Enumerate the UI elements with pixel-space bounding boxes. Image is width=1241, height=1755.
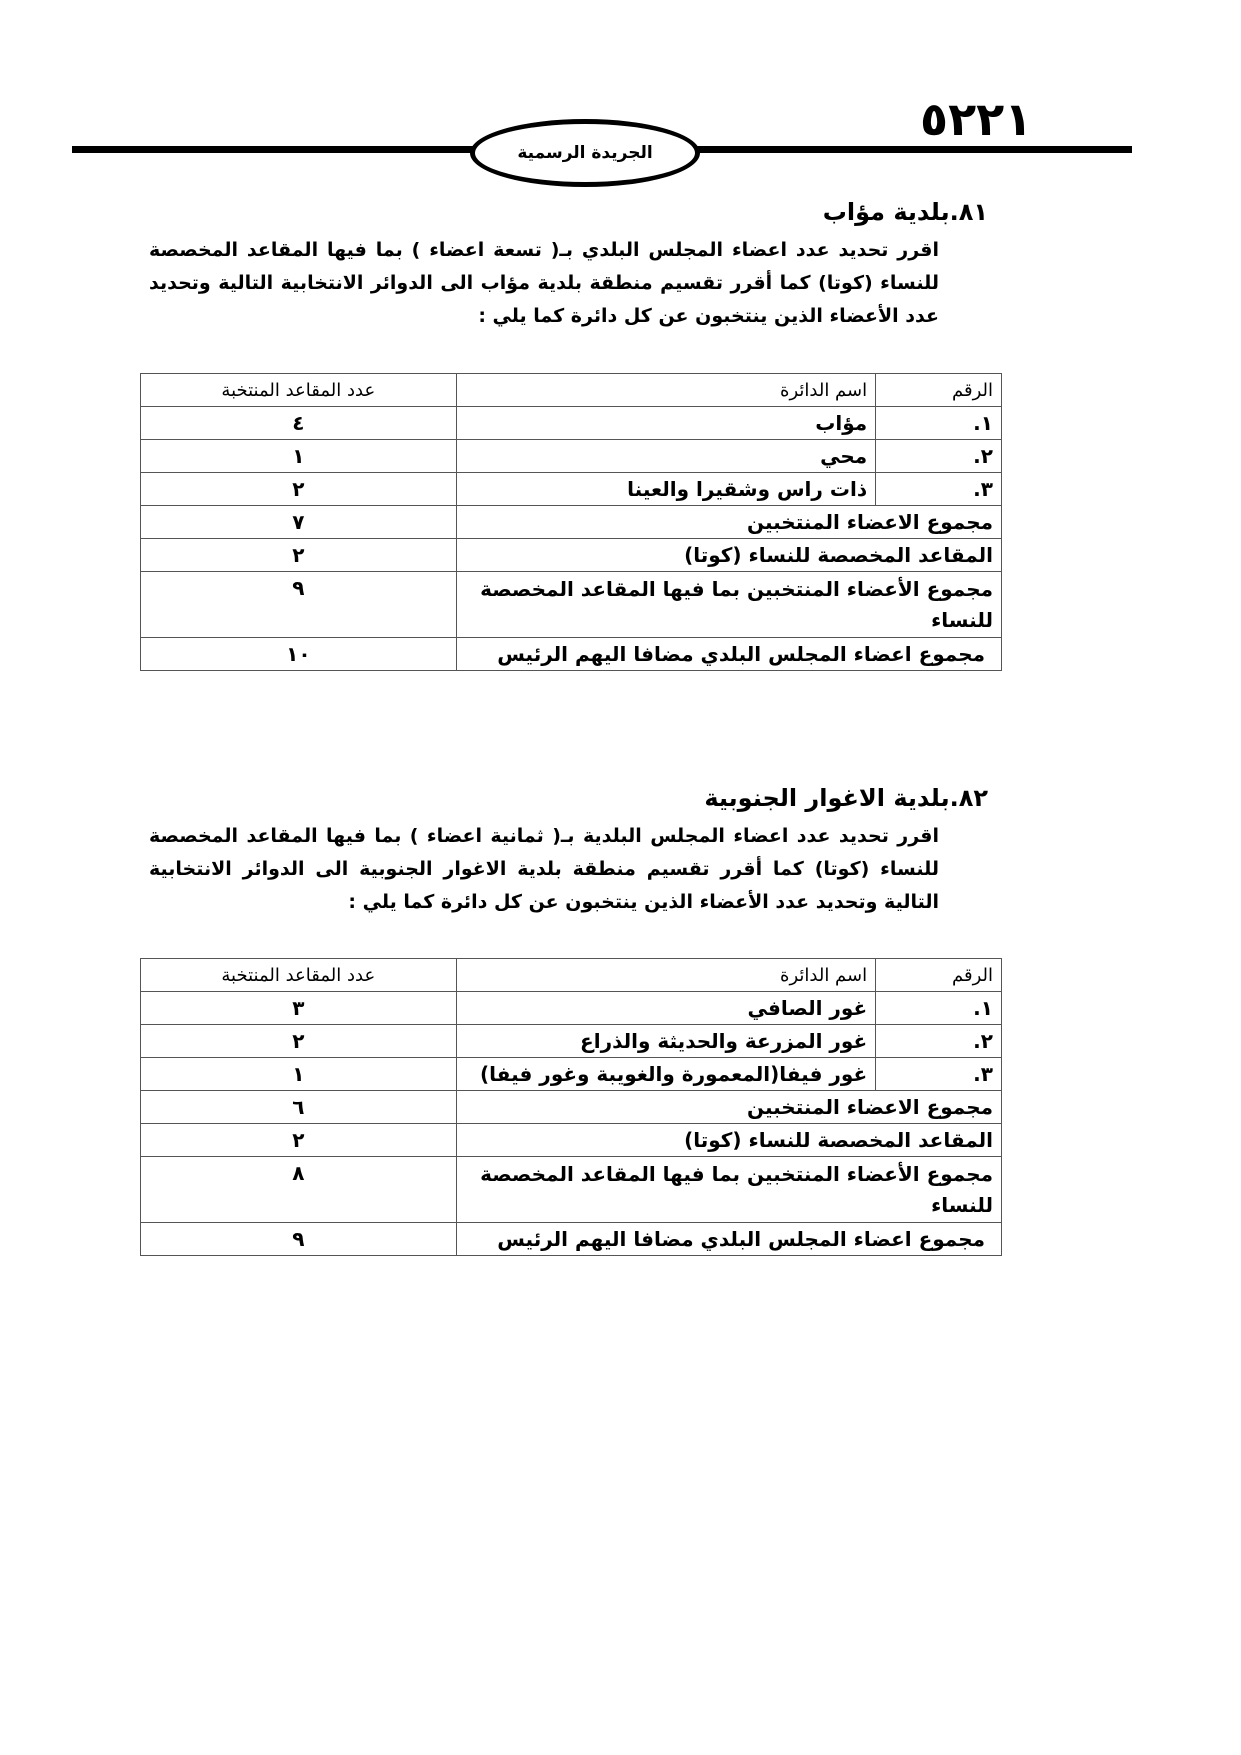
summary-label: المقاعد المخصصة للنساء (كوتا): [456, 539, 1001, 572]
summary-label: مجموع اعضاء المجلس البلدي مضافا اليهم ال…: [456, 638, 1001, 671]
summary-value: ٨: [141, 1157, 457, 1223]
header-district: اسم الدائرة: [456, 374, 875, 407]
publication-title: الجريدة الرسمية: [517, 143, 652, 163]
page-number: ٥٢٢١: [920, 92, 1040, 146]
summary-row: مجموع الأعضاء المنتخبين بما فيها المقاعد…: [141, 572, 1002, 638]
summary-value: ٦: [141, 1091, 457, 1124]
section-title: ٨٢.بلدية الاغوار الجنوبية: [704, 784, 988, 812]
row-district: غور المزرعة والحديثة والذراع: [456, 1025, 876, 1058]
summary-label: المقاعد المخصصة للنساء (كوتا): [456, 1124, 1001, 1157]
summary-label: مجموع الاعضاء المنتخبين: [456, 1091, 1001, 1124]
districts-table-81: الرقم اسم الدائرة عدد المقاعد المنتخبة ١…: [140, 373, 1002, 671]
summary-row: المقاعد المخصصة للنساء (كوتا) ٢: [141, 1124, 1002, 1157]
table-header-row: الرقم اسم الدائرة عدد المقاعد المنتخبة: [141, 374, 1002, 407]
summary-label: مجموع الأعضاء المنتخبين بما فيها المقاعد…: [456, 1157, 1001, 1223]
row-seats: ٣: [141, 992, 457, 1025]
header-number: الرقم: [876, 959, 1002, 992]
row-number: ٣.: [876, 1058, 1002, 1091]
summary-row: مجموع اعضاء المجلس البلدي مضافا اليهم ال…: [141, 1223, 1002, 1256]
header-seats: عدد المقاعد المنتخبة: [141, 959, 457, 992]
row-seats: ٢: [141, 473, 457, 506]
row-seats: ٢: [141, 1025, 457, 1058]
row-seats: ٤: [141, 407, 457, 440]
table-row: ١. غور الصافي ٣: [141, 992, 1002, 1025]
section-title: ٨١.بلدية مؤاب: [823, 198, 988, 226]
row-district: غور فيفا(المعمورة والغويبة وغور فيفا): [456, 1058, 876, 1091]
summary-label: مجموع الاعضاء المنتخبين: [456, 506, 1001, 539]
table-row: ٣. ذات راس وشقيرا والعينا ٢: [141, 473, 1002, 506]
header-number: الرقم: [876, 374, 1002, 407]
row-number: ٣.: [876, 473, 1002, 506]
row-number: ٢.: [876, 1025, 1002, 1058]
table-row: ٣. غور فيفا(المعمورة والغويبة وغور فيفا)…: [141, 1058, 1002, 1091]
section-body: اقرر تحديد عدد اعضاء المجلس البلدي بـ( ت…: [149, 234, 939, 333]
header-seats: عدد المقاعد المنتخبة: [141, 374, 457, 407]
row-seats: ١: [141, 440, 457, 473]
summary-value: ٩: [141, 572, 457, 638]
summary-value: ١٠: [141, 638, 457, 671]
summary-value: ٢: [141, 539, 457, 572]
row-district: محي: [456, 440, 875, 473]
summary-value: ٢: [141, 1124, 457, 1157]
table-header-row: الرقم اسم الدائرة عدد المقاعد المنتخبة: [141, 959, 1002, 992]
section-body: اقرر تحديد عدد اعضاء المجلس البلدية بـ( …: [149, 820, 939, 919]
summary-row: مجموع الأعضاء المنتخبين بما فيها المقاعد…: [141, 1157, 1002, 1223]
summary-row: مجموع اعضاء المجلس البلدي مضافا اليهم ال…: [141, 638, 1002, 671]
row-district: مؤاب: [456, 407, 875, 440]
summary-row: مجموع الاعضاء المنتخبين ٦: [141, 1091, 1002, 1124]
row-number: ١.: [876, 407, 1002, 440]
table-row: ١. مؤاب ٤: [141, 407, 1002, 440]
summary-label: مجموع الأعضاء المنتخبين بما فيها المقاعد…: [456, 572, 1001, 638]
row-district: غور الصافي: [456, 992, 876, 1025]
summary-row: المقاعد المخصصة للنساء (كوتا) ٢: [141, 539, 1002, 572]
header-district: اسم الدائرة: [456, 959, 876, 992]
row-seats: ١: [141, 1058, 457, 1091]
summary-value: ٩: [141, 1223, 457, 1256]
row-number: ٢.: [876, 440, 1002, 473]
table-row: ٢. محي ١: [141, 440, 1002, 473]
summary-value: ٧: [141, 506, 457, 539]
summary-row: مجموع الاعضاء المنتخبين ٧: [141, 506, 1002, 539]
summary-label: مجموع اعضاء المجلس البلدي مضافا اليهم ال…: [456, 1223, 1001, 1256]
districts-table-82: الرقم اسم الدائرة عدد المقاعد المنتخبة ١…: [140, 958, 1002, 1256]
row-number: ١.: [876, 992, 1002, 1025]
publication-title-oval: الجريدة الرسمية: [470, 119, 700, 187]
row-district: ذات راس وشقيرا والعينا: [456, 473, 875, 506]
table-row: ٢. غور المزرعة والحديثة والذراع ٢: [141, 1025, 1002, 1058]
